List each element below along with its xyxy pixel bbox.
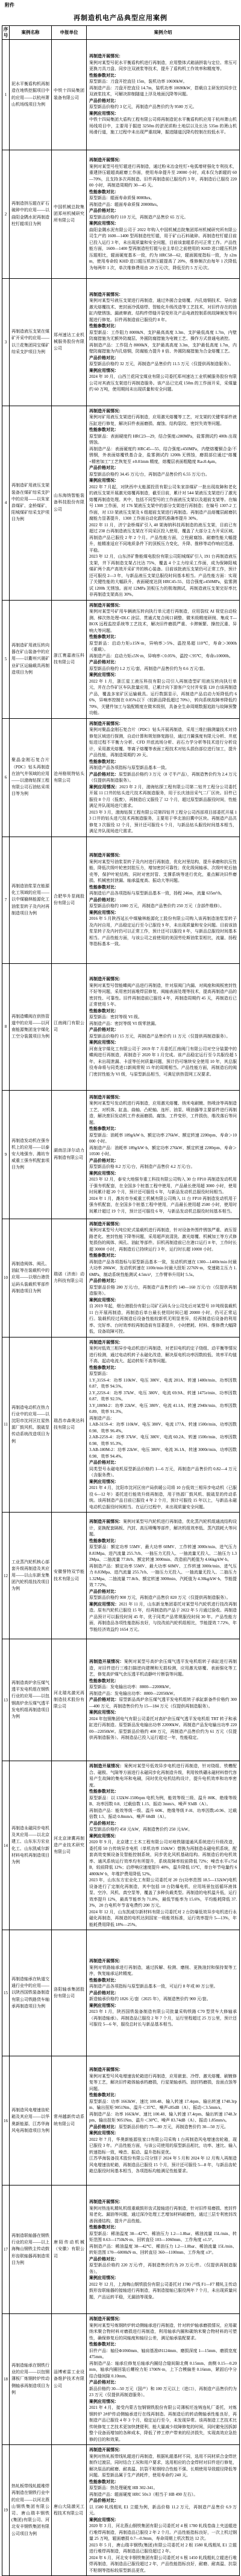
intro-paragraph: 产品价格对比： <box>89 465 237 471</box>
intro-paragraph: 2.AB-225S-4：功率 37kW、电压 380V、电流 60.2A、转速 … <box>89 1434 237 1447</box>
case-number: 14 <box>2 1761 10 1930</box>
case-name: 工业蒸汽轮机核心部套升级再制造及其应用——以山东新龙集团汽轮机组技改项目为例 <box>10 1513 52 1639</box>
intro-text: 原型新品：辊面寿命质保 8000hrs。 <box>89 196 154 200</box>
intro-text: 原型新品：额定功率 55MV、最大功率 60MV、工作转速 3000r/min、… <box>89 1545 237 1562</box>
intro-text: 2023 年 12 月，山东济矿鲁能煤电股份有限公司阳城煤矿引入 191 台再制… <box>89 554 237 597</box>
intro-paragraph: 再制造开展情况：案例对某型号低效异步电机进行再制造，针对绕组、铁槽配合、磁极、气… <box>89 1763 237 1788</box>
intro-text: 以 1580 轧线粗轧 E1 立辊为例，新品价格 11.2 万元，再制造产品售价… <box>89 2505 237 2516</box>
intro-heading: 案例应用情况： <box>89 1171 119 1176</box>
intro-paragraph: 再制造产品：启动力矩≤5N·m，异响率＜0.05%，温控＜95℃，寿命≥1000… <box>89 653 237 660</box>
intro-heading: 产品价格对比： <box>89 355 119 360</box>
intro-paragraph: 2023 年 3 月，渤海钻探工程有限公司第四钻井工程分公司西部项目部委托开展 … <box>89 809 237 835</box>
case-intro: 再制造开展情况：案例对某型号汽轮机进行再制造，优化蒸汽轮机组通流结构设计，更换配… <box>87 1513 240 1639</box>
intro-text: 原型新品：启动力矩≥15N·m，异响率＞5%、温控易超 110℃，寿命＞3000… <box>89 641 237 652</box>
intro-paragraph: 再制造开展情况： <box>89 53 237 60</box>
intro-heading: 案例应用情况： <box>89 785 119 789</box>
intro-paragraph: 原型新品价格 8.2 万元/台，再制造产品售价 4.2 万元/台。 <box>89 1164 237 1170</box>
case-intro: 再制造开展情况：案例对某型号智能蝶阀产品进行再制造，针对原阀门内漏、对阀座和阀板… <box>87 963 240 1090</box>
case-number: 5 <box>2 600 10 718</box>
table-row: 4再制造矿用液压支架装备在煤矿综采支护中的应用——以朱家峁煤矿、金桥煤矿、阳城煤… <box>2 406 240 600</box>
intro-paragraph: 产品价格对比： <box>89 659 237 666</box>
intro-text: 原型新品价格 8.2 万元/台，再制造产品售价 4.2 万元/台。 <box>89 1164 195 1169</box>
intro-paragraph: 再制造开展情况： <box>89 1958 237 1965</box>
intro-heading: 产品价格对比： <box>89 1821 119 1826</box>
intro-paragraph: 性能参数对比： <box>89 323 237 330</box>
case-intro: 再制造开展情况：案例对某型号柱钉辊进行再制造，通过粉末冶金柱钉+电弧增材强化专利… <box>87 150 240 278</box>
intro-text: 再制造产品：辊面硬度 HRC 50±3（相当于 HB 490 左右）。 <box>89 2492 198 2497</box>
case-name: 再制造矿用液压支架装备在煤矿综采支护中的应用——以朱家峁煤矿、金桥煤矿、阳城煤矿… <box>10 406 52 600</box>
intro-paragraph: 产品价格对比： <box>89 1158 237 1164</box>
intro-heading: 性能参数对比： <box>89 1009 119 1013</box>
case-name: 泥水平衡盾构机再制造在地铁挖掘项目中的应用——以杭州萧山机场线项目为例 <box>10 39 52 150</box>
intro-paragraph: 2022 年 7 月起，对陕西中太能源投资有限公司朱家峁煤矿一批出现故障和老化的… <box>89 484 237 522</box>
case-name: 再制造电动机在热力行业中的应用——以沈阳市沈河区红星热源厂鼓风机、脱硫泵传动系统… <box>10 1337 52 1513</box>
intro-heading: 性能参数对比： <box>89 1365 119 1370</box>
case-number: 6 <box>2 718 10 837</box>
header-intro: 案例介绍 <box>87 26 240 40</box>
intro-text: 案例对某型号液压支架进行再制造，通过外圆合金熔覆、内孔熔铜技术、导向套激光熔覆技… <box>89 298 237 322</box>
intro-heading: 性能参数对比： <box>89 73 119 78</box>
intro-paragraph: 产品价格对比： <box>89 208 237 214</box>
intro-heading: 性能参数对比： <box>89 2342 119 2347</box>
intro-paragraph: 案例应用情况： <box>89 368 237 374</box>
case-unit: 瑞诺（济南）动力科技有限公司 <box>52 1219 87 1337</box>
intro-paragraph: 案例对某型号矿用车辆液压转向执行单元进行再制造，应用裂纹 AI 视觉自动检测、梯… <box>89 608 237 634</box>
case-name: 热轧板带线轧辊堆焊再制造在钢铁行业中的应用——以河北燕山钢铁集团有限公司、唐山瑞… <box>10 2445 52 2576</box>
intro-paragraph: 案例应用情况： <box>89 1039 237 1046</box>
intro-paragraph: 案例对聚晶金刚石复合片（PDC）钻头开展再制造，采用三维扫描测量技术对待修复区域… <box>89 727 237 759</box>
table-row: 6聚晶金刚石复合片（PDC）钻头再制造在油气井领域的应用——以渤海钻探工程有限公… <box>2 718 240 837</box>
intro-text: 2020 年 3 月，河北燕山钢铁集团有限公司委托对 4 根 1780 轧线卷曲… <box>89 2523 237 2541</box>
intro-paragraph: 再制造产品：能效等级一级、温升 60K、绝缘等级 F-H、功率因数≥0.96、过… <box>89 1808 237 1820</box>
case-number: 4 <box>2 406 10 600</box>
intro-paragraph: 2023 年 12 月，山东济矿鲁能煤电股份有限公司阳城煤矿引入 191 台再制… <box>89 553 237 598</box>
intro-paragraph: 再制造开展情况： <box>89 292 237 298</box>
table-row: 17再制造联轴器在钢铁行业的应用——以上海梅山钢铁主传动鼓形齿联轴器再制造项目为… <box>2 2185 240 2314</box>
intro-heading: 产品价格对比： <box>89 1589 119 1594</box>
intro-paragraph: 2022 年 1 月，浙江星工液压科技有限公司引入再制造型矿用液压转向执行单元，… <box>89 678 237 716</box>
intro-paragraph: 原型新品：发电输出功率：8800—22000kW。 <box>89 1684 237 1691</box>
table-row: 18再制造轴承在钢铁行业的应用——以包钢薄板厂炼钢转炉传动侧轴承再制造项目为例淄… <box>2 2314 240 2445</box>
intro-text: 原型新品：以 132kW-1500rpm 电机为例，能效等级三级、温升 80K、… <box>89 1796 237 1807</box>
intro-text: 原型新品价格约 15 万元，再制造产品售价约 11 万元（仅提供再制造服务）。 <box>89 1034 230 1039</box>
intro-text: 案例对某型号泥水平衡盾构机进行再制造，应用整体式箱涵拼装与定位、常压可更换刀具刀… <box>89 60 237 72</box>
intro-heading: 案例应用情况： <box>89 221 119 226</box>
case-unit: 湖南法泽尔动力再制造有限公司 <box>52 1090 87 1219</box>
table-row: 15再制造轴承在轨道交通行业中的应用——以陕西国铁装备制造有限公司铁路货车轴承再… <box>2 1930 240 2056</box>
intro-paragraph: 河南龙宇煤化工有限公司于 2019 年 7 月委托江南阀门有限公司对空分装置中的… <box>89 1046 237 1078</box>
intro-text: 案例对某型号柱钉辊进行再制造，通过粉末冶金柱钉+电弧增材强化专利技术，重建挤压辊… <box>89 164 237 188</box>
intro-heading: 性能参数对比： <box>89 1789 119 1794</box>
intro-text: 江苏华海装备技术股份有限公司分别于 2024 年 5 月和 2024 年 12 … <box>89 2156 237 2173</box>
intro-heading: 再制造开展情况： <box>89 1222 123 1226</box>
case-unit: 河北京津冀再制造产业技术研究有限公司 <box>52 1761 87 1930</box>
intro-paragraph: 性能参数对比： <box>89 1008 237 1015</box>
intro-text: 案例对铁路轴承进行再制造，通过拆解、检测、磨削、更换油封和保持架等工序，恢复轴承… <box>89 1965 237 1977</box>
intro-text: 2021 年 4 月，沈阳市沈河区房产局供暖公司将 10 台低效三相异步电动机（… <box>89 1485 237 1510</box>
cases-table: 序号 案例名称 申报单位 案例介绍 1泥水平衡盾构机再制造在地铁挖掘项目中的应用… <box>2 25 240 2576</box>
intro-text: 2022 年 7 月，华奥新能源张家口有限公司采购 1 台再制造风电增速齿轮箱，… <box>89 2137 237 2155</box>
intro-paragraph: 产品价格对比： <box>89 1589 237 1595</box>
intro-paragraph: 性能参数对比： <box>89 1365 237 1371</box>
intro-paragraph: 产品价格对比： <box>89 2256 237 2263</box>
intro-text: 原型新品：发电输出功率：8800—22000kW。 <box>89 1685 174 1689</box>
intro-heading: 性能参数对比： <box>89 759 119 764</box>
case-intro: 再制造开展情况：案例对某型号高炉余压煤气透平发电机组转子承缸进行再制造，对旧件进… <box>87 1639 240 1761</box>
intro-heading: 性能参数对比： <box>89 190 119 194</box>
intro-paragraph: 性能参数对比： <box>89 759 237 765</box>
intro-paragraph: 再制造开展情况： <box>89 976 237 983</box>
intro-heading: 再制造开展情况： <box>89 2067 123 2072</box>
intro-paragraph: 2021 年 4 月，沈阳市沈河区房产局供暖公司将 10 台低效三相异步电动机（… <box>89 1485 237 1510</box>
intro-heading: 性能参数对比： <box>89 2093 119 2097</box>
intro-paragraph: 产品价格对比：原型新品高炉余压煤气透平发电机组转子承缸新备件价格约 300—40… <box>89 1697 237 1709</box>
intro-paragraph: 2024 年 1 月，潍坊市夯威重工机械有限公司购入 11 台 FP10 再制造… <box>89 1196 237 1215</box>
intro-text: 2022 年 12 月，上海梅山钢铁股份有限公司委托对 1780 产线 F1—F… <box>89 2282 237 2300</box>
intro-paragraph: 再制造产品：额定功率 55MV、最大功率 60MV、工作转速 3000r/min… <box>89 1563 237 1589</box>
table-row: 11再制造电动机在热力行业中的应用——以沈阳市沈河区红星热源厂鼓风机、脱硫泵传动… <box>2 1337 240 1513</box>
header-case-name: 案例名称 <box>10 26 52 40</box>
intro-paragraph: 案例应用情况： <box>89 1709 237 1716</box>
intro-heading: 性能参数对比： <box>89 885 119 890</box>
intro-text: 再制造产品：表面硬度约 HRC45—55、结合强度≥450MPa，内壁熔覆铜合金… <box>89 447 237 464</box>
intro-paragraph: 3.AB-180M-2：功率 22kW、电压 380V、电流 36.1A、转速 … <box>89 1447 237 1459</box>
intro-heading: 再制造开展情况： <box>89 54 123 59</box>
case-name: 聚晶金刚石复合片（PDC）钻头再制造在油气井领域的应用——以渤海钻探工程有限公司… <box>10 718 52 837</box>
intro-text: 案例对聚晶金刚石复合片（PDC）钻头开展再制造，采用三维扫描测量技术对待修复区域… <box>89 727 237 757</box>
intro-heading: 案例应用情况： <box>89 1834 119 1838</box>
intro-heading: 产品价格对比： <box>89 2125 119 2129</box>
intro-heading: 性能参数对比： <box>89 2225 119 2230</box>
intro-text: 原型新品：热处理硬度 HB 302-341。 <box>89 2485 158 2490</box>
intro-paragraph: 中铁十四局集团大盾构工程有限公司将再制造泥水平衡盾构机应用于杭州萧山机场线项目中… <box>89 116 237 136</box>
intro-text: 原型新品价格约 75—80 万元，再制造售价约 30—50 万元。 <box>119 2125 228 2129</box>
intro-text: 原型新品价格约 32 万元，再制造产品售价约 11.5 万元（仅提供再制造服务）… <box>89 362 234 366</box>
intro-text: 案例对热连轧精轧机组重载鼓形齿式接轴进行再制造，针对旧件易磨损、密封件易老化、漏… <box>89 2206 237 2224</box>
case-name: 再制造轴承在钢铁行业的应用——以包钢薄板厂炼钢转炉传动侧轴承再制造项目为例 <box>10 2314 52 2445</box>
intro-paragraph: 性能参数对比： <box>89 72 237 79</box>
intro-paragraph: 原型新品价格约 15 万元，再制造产品售价约 11 万元（仅提供再制造服务）。 <box>89 1033 237 1040</box>
intro-text: 原型新品：工作阻力 8000kN、支护最高高度 3.3m、支护最低高度 1.7m… <box>89 330 237 342</box>
intro-text: 3.AB-180M-2：功率 22kW、电压 380V、电流 36.1A、转速 … <box>89 1447 237 1459</box>
intro-text: 再制造产品：功率 1663kW、速比 100.48、输入转速 17.4rpm、输… <box>89 2112 237 2123</box>
intro-heading: 性能参数对比： <box>89 1978 119 1983</box>
intro-paragraph: 案例对某型号发动机进行再制造，应用激光熔覆、纳米电刷镀、热喷涂等再制造工艺，对机… <box>89 1100 237 1126</box>
intro-paragraph: 2024 年 10 月，山西兰花同宝煤业有限公司委托郑州速达工业机械服务股份有限… <box>89 374 237 393</box>
intro-paragraph: 再制造开展情况： <box>89 1221 237 1228</box>
intro-text: 原型新品：刀盘开挖直径 15m，装机功率 10690kW。 <box>89 79 187 84</box>
intro-paragraph: 再制造产品：油耗率 189g/kW·h、额定功率 276kW、额定转速 2200… <box>89 1145 237 1158</box>
intro-paragraph: 再制造开展情况： <box>89 852 237 859</box>
intro-text: 原型新品：密封等级 VI 级。 <box>89 1015 142 1019</box>
intro-heading: 案例应用情况： <box>89 2003 119 2008</box>
intro-paragraph: 再制造开展情况： <box>89 157 237 164</box>
intro-heading: 案例应用情况： <box>89 111 119 116</box>
intro-heading: 再制造开展情况： <box>89 853 123 858</box>
case-name: 再制造挤压辊在矿石破碎中的应用——以曲阳金隅水泥再制造柱钉辊项目为例 <box>10 150 52 278</box>
intro-paragraph: 案例对某型号大吨位轮式装载机进行再制造，针对设备外围件锈蚀严重、液压管路老化、密… <box>89 1227 237 1252</box>
intro-text: 原型新品价格约 220 万元/件，再制造售价约为 20 万元/件。（仅提供再制造… <box>89 2263 237 2274</box>
intro-paragraph: 再制造开展情况：案例对某型号高炉余压煤气透平发电机组转子承缸进行再制造，对旧件进… <box>89 1659 237 1678</box>
intro-paragraph: 再制造开展情况： <box>89 2447 237 2453</box>
intro-paragraph: 再制造产品：辊面硬度 HRC 50±3（相当于 HB 490 左右）。 <box>89 2492 237 2498</box>
case-number: 16 <box>2 2056 10 2185</box>
intro-text: 再制造产品：辊面寿命质保 20000hrs。 <box>89 202 161 207</box>
intro-paragraph: 案例应用情况：2023 年 2 月，渤海钻探工程有限公司第二钻井工程分公司委托开… <box>89 784 237 809</box>
intro-paragraph: 再制造产品：辊面寿命质保 20000hrs。 <box>89 202 237 208</box>
intro-paragraph: 案例应用情况： <box>89 2130 237 2137</box>
intro-paragraph: 再制造产品：刀盘开挖直径 14.7m，装机功率 10690kW，搭载自主研发的同… <box>89 85 237 98</box>
intro-paragraph: 原型新品：表面硬度约 HRC23—29，结合强度≤280MPa，盐雾测试约 40… <box>89 433 237 446</box>
intro-paragraph: 案例应用情况： <box>89 220 237 227</box>
case-name: 再制造油浆泵在能源化工领域的应用——以中煤榆林能源化工油浆泵转子及内衬再制造项目… <box>10 837 52 963</box>
intro-paragraph: 再制造产品：功率 1663kW、速比 100.48、输入转速 17.4rpm、输… <box>89 2111 237 2124</box>
intro-paragraph: 产品价格对比：原型新品价格约 3 万元（8 寸半产品），再制造售价约为 2.4 … <box>89 771 237 784</box>
intro-paragraph: 原型新品价格 280 万元/台，再制造产品售价约 140—160 万元/台（仅提… <box>89 1284 237 1297</box>
intro-heading: 产品价格对比： <box>89 2257 119 2262</box>
intro-paragraph: 江苏华海装备技术股份有限公司分别于 2024 年 5 月和 2024 年 12 … <box>89 2155 237 2175</box>
intro-text: 原型新品：油耗率 189g/kW·h、额定功率 276kW、额定转速 2200r… <box>89 1133 237 1144</box>
intro-heading: 产品价格对比： <box>89 2380 119 2385</box>
intro-text: 2023 年 12 月，泰安大地强夯重工科技有限公司购入 30 台 FP10 再… <box>89 1177 237 1194</box>
intro-paragraph: 案例对某型号风电增速齿轮箱进行再制造，应用嵌套、冷焊、激光熔覆、刷镀修复等工艺，… <box>89 2073 237 2093</box>
intro-paragraph: 再制造开展情况： <box>89 408 237 415</box>
intro-paragraph: 再制造产品各项指标与原型新品基本一致，可运行 8 年或 80 万公里。 <box>89 1983 237 1990</box>
intro-paragraph: 2016 年 5 月陕西延长中煤榆林能源化工股份有限公司购入该再制造油浆泵转子及… <box>89 916 237 948</box>
case-intro: 再制造开展情况：案例对铁路轴承进行再制造，通过拆解、检测、磨削、更换油封和保持架… <box>87 1930 240 2056</box>
intro-heading: 再制造开展情况： <box>89 721 123 726</box>
intro-paragraph: 1.Y₂315S-4：功率 110kW、电压 380V、电流 201A、转速 1… <box>89 1377 237 1390</box>
case-name: 再制造液压支架在煤矿开采中的应用——以兰花集团同宝煤矿综采支护项目为例 <box>10 278 52 406</box>
intro-heading: 产品价格对比： <box>89 1460 119 1465</box>
intro-paragraph: 产品价格对比： <box>89 355 237 362</box>
case-number: 9 <box>2 1090 10 1219</box>
case-name: 再制造风电增速齿轮箱及其应用——以华奥新能源、江苏华海风电再制造项目为例 <box>10 2056 52 2185</box>
intro-text: 2023 年 5 月，唐山瑞丰钢铁(集团)有限公司委托对 2 根 1580 轧线… <box>89 2543 237 2554</box>
intro-heading: 再制造开展情况： <box>89 1095 123 1100</box>
intro-paragraph: 产品价格对比： <box>89 1459 237 1466</box>
intro-paragraph: 再制造产品：工作阻力 8000kN，支护最高高度 3.3m，支护最低高度 1.7… <box>89 342 237 355</box>
intro-text: 旧件产品：轴径Φ1060mm、轴肩基准Ø1124mm、磨损深度 1—15mm、磨… <box>89 2348 237 2360</box>
intro-text: 再制造产品各项指标与原型新品基本一致，可运行 8 年或 80 万公里。 <box>89 1984 218 1989</box>
intro-heading: 性能参数对比： <box>89 1126 119 1131</box>
case-name: 再制造发动机在强夯机上的应用——以泰安大地强夯、潍坊夯威重工强夯机配套项目为例 <box>10 1090 52 1219</box>
intro-paragraph: 原型新品：工作阻力 8000kN、支护最高高度 3.3m、支护最低高度 1.7m… <box>89 330 237 342</box>
case-number: 8 <box>2 963 10 1090</box>
intro-paragraph: 案例对热连轧精轧机组重载鼓形齿式接轴进行再制造，针对旧件易磨损、密封件易老化、漏… <box>89 2205 237 2225</box>
table-row: 3再制造液压支架在煤矿开采中的应用——以兰花集团同宝煤矿综采支护项目为例郑州速达… <box>2 278 240 406</box>
intro-text: 2024 年 6 月，河北安丰钢铁集团有限公司委托对 6 根 1450 轧线粗轧… <box>89 2555 237 2573</box>
intro-paragraph: 2023 年，山东东方宏业化工有限公司委托对 20 台(功率范围 18.5—13… <box>89 1877 237 1909</box>
intro-paragraph: 案例应用情况： <box>89 1170 237 1177</box>
intro-heading: 产品价格对比： <box>89 772 119 777</box>
intro-text: 2024 年 10 月，山西兰花同宝煤业有限公司委托郑州速达工业机械服务股份有限… <box>89 374 237 392</box>
intro-text: 2024 年 12 月，山东凯威尔新材料有限公司委托对 2 台防爆低效异步电机进… <box>89 1910 237 1927</box>
intro-heading: 性能参数对比： <box>89 634 119 639</box>
intro-paragraph: 性能参数对比： <box>89 2341 237 2348</box>
intro-heading: 性能参数对比： <box>89 324 119 328</box>
case-number: 7 <box>2 837 10 963</box>
intro-paragraph: 案例对某型号炼钢转炉转动侧轴承进行再制造，针对转炉轴承磨损情况，应用碳纳米聚合物… <box>89 2323 237 2342</box>
intro-text: 再制造产品：密封等级 VI 级零泄漏。 <box>89 1021 159 1026</box>
intro-paragraph: 新造轴承价格约 1826 元/套（2025 年），再制造售价约 900 元/套。 <box>89 1996 237 2003</box>
intro-heading: 产品价格对比： <box>89 208 119 213</box>
intro-text: 案例对某型号大吨位轮式装载机进行再制造，针对设备外围件锈蚀严重、液压管路老化、密… <box>89 1228 237 1252</box>
intro-paragraph: 原型新品价格约 1.2 万元/套，再制造产品售价约为 0.6 万元/套。 <box>89 666 237 672</box>
intro-text: 案例对某型号智能蝶阀产品进行再制造，针对原阀门内漏、对阀座和阀板密封性不好等问题… <box>89 983 237 1007</box>
case-unit: 洛阳轴承集团股份有限公司 <box>52 1930 87 2056</box>
intro-paragraph: 性能参数对比： <box>89 1788 237 1795</box>
case-unit: 合肥华升泵阀股份有限公司 <box>52 837 87 963</box>
page-title: 再制造机电产品典型应用案例 <box>0 13 241 22</box>
intro-text: 再制造后产品各项指标与原型新品基本一致，扬程 246m，流量 635m³/h。 <box>89 891 225 896</box>
intro-text: 再制造产品：工作阻力 8000kN，支护最高高度 3.3m，支护最低高度 1.7… <box>89 343 237 354</box>
intro-heading: 再制造开展情况： <box>89 1340 123 1345</box>
intro-paragraph: 再制造产品各项指标与原型新品基本一致。 <box>89 765 237 771</box>
intro-text: 再制造产品：启动力矩≤5N·m，异响率＜0.05%，温控＜95℃，寿命≥1000… <box>89 654 233 658</box>
intro-paragraph: 原型新品：油耗率 189g/kW·h、额定功率 276kW、额定转速 2200r… <box>89 1132 237 1145</box>
intro-text: 2022 年 7 月起，对陕西中太能源投资有限公司朱家峁煤矿一批出现故障和老化的… <box>89 485 237 521</box>
intro-paragraph: 再制造开展情况： <box>89 1094 237 1101</box>
intro-paragraph: 原型新品价格约 3 亿元，再制造产品售价约为 9500 万元。 <box>89 104 237 110</box>
intro-text: 2024 年包钢集团电气有限公司委托对高炉余压煤气透平发电机组 TRT 转子和承… <box>89 1717 237 1741</box>
intro-heading: 再制造开展情况： <box>89 292 123 297</box>
intro-text: 再制造产品：稀油温度 38—42℃、稀油压力 1.2—1.8bar、稀油流量 1… <box>89 2244 237 2256</box>
case-intro: 再制造开展情况：案例对某型号油浆泵转子及内衬进行再制造，优化衬里结构，提升承磨和… <box>87 837 240 963</box>
case-name: 再制造矿用液压转向器在矿山装备中的应用——以衢州兴晟矿业矿区运输载具再制造项目为… <box>10 600 52 718</box>
case-unit: 中国机械总院集团郑州机械研究所有限公司 <box>52 150 87 278</box>
intro-heading: 性能参数对比： <box>89 1679 119 1683</box>
intro-text: 原型新品：稀油温度 38—42℃、稀油压力 1.2—1.8bar、稀油流量 15… <box>89 2231 237 2243</box>
intro-text: 河南龙宇煤化工有限公司于 2019 年 7 月委托江南阀门有限公司对空分装置中的… <box>89 1047 237 1077</box>
case-unit: 淄博索雷工业设备维护技术有限公司 <box>52 2314 87 2445</box>
case-unit: 唐山大陆激光工程技术有限公司 <box>52 2445 87 2576</box>
intro-paragraph: 案例应用情况： <box>89 477 237 484</box>
intro-paragraph: 再制造开展情况： <box>89 2067 237 2073</box>
intro-paragraph: 原型新品价格约 32 万元，再制造产品售价约 11.5 万元（仅提供再制造服务）… <box>89 361 237 368</box>
intro-heading: 再制造开展情况： <box>89 158 123 162</box>
intro-paragraph: 曲阳金隅水泥有限公司于 2022 年购入中国机械总院集团郑州机械研究所有限公司生… <box>89 227 237 272</box>
intro-paragraph: 案例应用情况： <box>89 1479 237 1485</box>
intro-text: 2022 年 11 月，济宁金桥煤矿引入 40 架海纳科技再制造的液压支架，目前… <box>89 523 237 553</box>
intro-paragraph: 再制造开展情况： <box>89 2199 237 2205</box>
intro-paragraph: 再制造产品：轴承位修复后轴承内圈结合缝间隙北侧 0.15mm、南侧 0.15—0… <box>89 2361 237 2380</box>
intro-text: 原型新品价格约 1000 万元，再制造产品售价约 250 万元（含部件维修）。 <box>89 904 224 908</box>
intro-heading: 案例应用情况： <box>89 1602 119 1607</box>
intro-paragraph: 案例对热轧板带线轧辊进行再制造，根据轧辊基材不同，选用不同材质合金焊丝制作过渡层… <box>89 2453 237 2479</box>
intro-text: 案例对低效三相异步电动机进行再制造，对老旧电机的定子绕组、动平衡等情况进行检测，… <box>89 1346 237 1363</box>
intro-text: 中铁十四局集团大盾构工程有限公司将再制造泥水平衡盾构机应用于杭州萧山机场线项目中… <box>89 117 237 135</box>
case-number: 18 <box>2 2314 10 2445</box>
intro-paragraph: 案例应用情况： <box>89 2517 237 2523</box>
intro-paragraph: 再制造产品： <box>89 1415 237 1422</box>
case-unit: 郑州速达工业机械服务股份有限公司 <box>52 278 87 406</box>
case-intro: 再制造开展情况：案例对矿用液压支架进行再制造，应用激光熔覆等工艺，对支架的关键零… <box>87 406 240 600</box>
case-unit: 浙江寰嘉液压科技有限公司 <box>52 600 87 718</box>
intro-paragraph: 2023 年 12 月，泰安大地强夯重工科技有限公司购入 30 台 FP10 再… <box>89 1176 237 1196</box>
intro-paragraph: 原型新品：功率 1663kW、速比 100.48、输入转速 17.4rpm、输出… <box>89 2099 237 2111</box>
intro-paragraph: 原型新品：额定功率 55MV、最大功率 60MV、工作转速 3000r/min、… <box>89 1544 237 1563</box>
intro-text: 原型新品价格约 1.2 万元/套，再制造产品售价约为 0.6 万元/套。 <box>89 666 207 671</box>
table-row: 12工业蒸汽轮机核心部套升级再制造及其应用——以山东新龙集团汽轮机组技改项目为例… <box>2 1513 240 1639</box>
intro-text: 2016 年 5 月陕西延长中煤榆林能源化工股份有限公司购入该再制造油浆泵转子及… <box>89 916 237 946</box>
intro-paragraph: 性能参数对比： <box>89 2224 237 2231</box>
intro-heading: 产品价格对比： <box>89 1991 119 1995</box>
intro-text: 案例对某型号矿用车辆液压转向执行单元进行再制造，应用裂纹 AI 视觉自动检测、梯… <box>89 609 237 633</box>
intro-paragraph: 再制造开展情况：案例对某型号汽轮机进行再制造，优化蒸汽轮机组通流结构设计，更换配… <box>89 1519 237 1538</box>
intro-heading: 产品价格对比： <box>89 1027 119 1032</box>
intro-paragraph: 案例应用情况： <box>89 2399 237 2405</box>
case-number: 17 <box>2 2185 10 2314</box>
case-name: 再制造阀体、阀孔、油缸等在装载机中的应用——以烟台港货运码头装载机零部件再制造项… <box>10 1219 52 1337</box>
case-name: 再制造蝶阀在供热管道中的应用——以河南能源集团龙宇煤化工空分装置项目为例 <box>10 963 52 1090</box>
intro-heading: 再制造开展情况： <box>89 2199 123 2204</box>
intro-heading: 案例应用情况： <box>89 2399 119 2404</box>
intro-heading: 案例应用情况： <box>89 1479 119 1484</box>
intro-paragraph: 2024 年 6 月，河北安丰钢铁集团有限公司委托对 6 根 1450 轧线粗轧… <box>89 2555 237 2574</box>
intro-paragraph: 再制造开展情况： <box>89 602 237 609</box>
intro-paragraph: 产品价格对比： <box>89 1820 237 1827</box>
intro-paragraph: 2024 年包钢集团电气有限公司委托对高炉余压煤气透平发电机组 TRT 转子和承… <box>89 1716 237 1741</box>
case-number: 12 <box>2 1513 10 1639</box>
intro-paragraph: 2020 年 3 月，河北燕山钢铁集团有限公司委托对 4 根 1780 轧线卷曲… <box>89 2523 237 2542</box>
intro-heading: 案例应用情况： <box>89 1040 119 1045</box>
intro-paragraph: 案例应用情况： <box>89 2003 237 2009</box>
intro-heading: 再制造开展情况： <box>89 409 123 413</box>
case-name: 再制造高炉余压煤气透平发电机组在钢铁行业的应用——以包钢高炉余压煤气透平发电机组… <box>10 1639 52 1761</box>
intro-paragraph: 同类型号永磁电机原型新品价格约 1—6 万元，再制造产品售价约 0.82—4 万… <box>89 1466 237 1479</box>
intro-paragraph: 再制造开展情况： <box>89 721 237 727</box>
intro-paragraph: 2020 年 9 月，北京建工土木工程有限公司对地铁隧道通风系统进行升级改造，委… <box>89 1839 237 1877</box>
intro-heading: 再制造开展情况： <box>89 2447 123 2452</box>
intro-text: 案例对某型号风电增速齿轮箱进行再制造，应用嵌套、冷焊、激光熔覆、刷镀修复等工艺，… <box>89 2074 237 2091</box>
intro-heading: 案例应用情况： <box>89 1710 119 1715</box>
intro-paragraph: 案例对某型号智能蝶阀产品进行再制造，针对原阀门内漏、对阀座和阀板密封性不好等问题… <box>89 983 237 1008</box>
case-unit: 唐陌传动机械（安徽）有限公司 <box>52 2185 87 2314</box>
intro-text: 2023 年 1 月，陕西国铁装备制造有限公司批量采购铁路 C70 型货车大修轴… <box>89 2009 237 2027</box>
intro-heading: 性能参数对比： <box>89 1253 119 1258</box>
intro-text: 2023 年 3 月，渤海钻探工程有限公司第四钻井工程分公司西部项目部委托开展 … <box>89 810 237 834</box>
intro-paragraph: 性能参数对比： <box>89 427 237 433</box>
intro-heading: 产品价格对比： <box>89 1278 119 1283</box>
intro-paragraph: 案例对某型号泥水平衡盾构机进行再制造，应用整体式箱涵拼装与定位、常压可更换刀具刀… <box>89 60 237 72</box>
case-unit: 沧州格锐特钻头有限公司 <box>52 718 87 837</box>
intro-paragraph: 再制造后产品各项指标与原型新品基本一致，扬程 246m，流量 635m³/h。 <box>89 890 237 897</box>
intro-paragraph: 原型新品：辊面寿命质保 8000hrs。 <box>89 195 237 202</box>
intro-paragraph: 产品价格对比： <box>89 1990 237 1997</box>
intro-paragraph: 2024 年 12 月，山东凯威尔新材料有限公司委托对 2 台防爆低效异步电机进… <box>89 1909 237 1928</box>
intro-paragraph: 产品价格对比： <box>89 897 237 904</box>
intro-text: 再制造产品：油耗率 189g/kW·h、额定功率 276kW、额定转速 2200… <box>89 1146 237 1157</box>
table-row: 13再制造高炉余压煤气透平发电机组在钢铁行业的应用——以包钢高炉余压煤气透平发电… <box>2 1639 240 1761</box>
intro-paragraph: 原型新品：以 132kW-1500rpm 电机为例，能效等级三级、温升 80K、… <box>89 1795 237 1808</box>
table-row: 16再制造风电增速齿轮箱及其应用——以华奥新能源、江苏华海风电再制造项目为例常州… <box>2 2056 240 2185</box>
intro-paragraph: 性能参数对比： <box>89 884 237 891</box>
case-number: 13 <box>2 1639 10 1761</box>
intro-paragraph: 原型新品价格约 220 万元/件，再制造售价约为 20 万元/件。（仅提供再制造… <box>89 2262 237 2275</box>
intro-heading: 产品价格对比： <box>89 2498 119 2503</box>
case-intro: 再制造开展情况：案例对某型号大吨位轮式装载机进行再制造，针对设备外围件锈蚀严重、… <box>87 1219 240 1337</box>
intro-text: 原型新品价格约 450 元/kW，再制造售价约 250 元/kW。 <box>89 1827 192 1832</box>
intro-heading: 案例应用情况： <box>89 2131 119 2135</box>
intro-text: 再制造产品：刀盘开挖直径 14.7m，装机功率 10690kW，搭载自主研发的同… <box>89 86 237 97</box>
intro-paragraph: 案例对某型号油浆泵转子及内衬进行再制造，优化衬里结构，提升承磨和抗压性能，降低次… <box>89 859 237 884</box>
table-row: 7再制造油浆泵在能源化工领域的应用——以中煤榆林能源化工油浆泵转子及内衬再制造项… <box>2 837 240 963</box>
intro-text: 再制造产品各项指标与原型新品基本一致，发动机转速在 1300—1400r/min… <box>89 1260 237 1277</box>
header-number: 序号 <box>2 26 10 40</box>
intro-heading: 案例应用情况： <box>89 478 119 483</box>
intro-text: 再制造产品各项指标与原型新品基本一致。 <box>89 765 169 770</box>
